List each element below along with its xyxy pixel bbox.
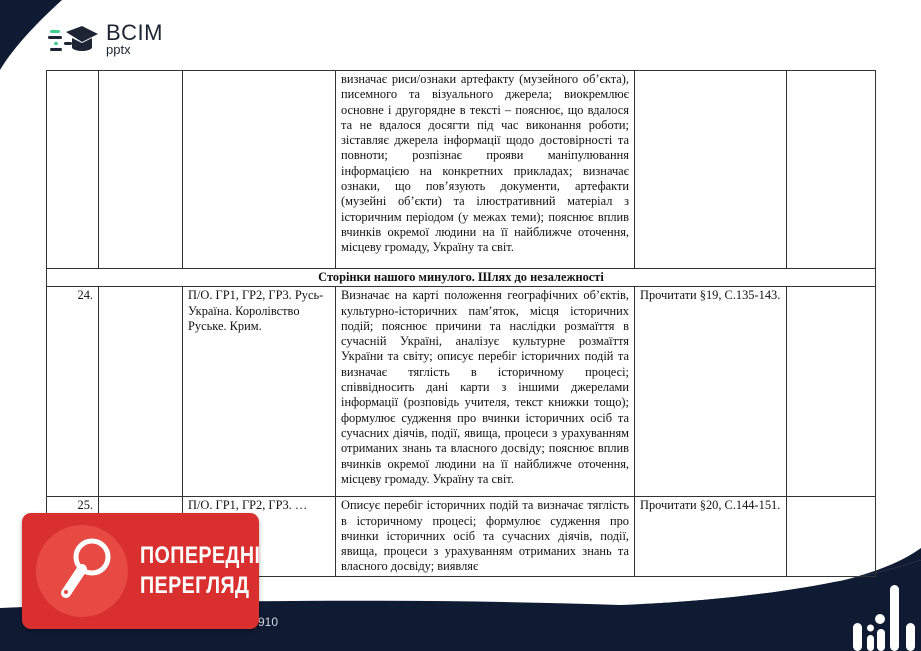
homework-cell — [635, 71, 787, 269]
lesson-number-cell — [47, 71, 99, 269]
site-logo[interactable]: BCIM pptx — [48, 22, 163, 56]
badge-line2: ПЕРЕГЛЯД — [140, 571, 275, 601]
badge-text: ПОПЕРЕДНІЙ ПЕРЕГЛЯД — [140, 541, 275, 601]
preview-badge[interactable]: ПОПЕРЕДНІЙ ПЕРЕГЛЯД — [22, 513, 259, 629]
homework-cell: Прочитати §19, С.135-143. — [635, 287, 787, 497]
date-cell — [99, 71, 183, 269]
date-cell — [99, 287, 183, 497]
section-title: Сторінки нашого минулого. Шлях до незале… — [47, 269, 876, 287]
table-row: визначає риси/ознаки артефакту (музейног… — [47, 71, 876, 269]
section-header-row: Сторінки нашого минулого. Шлях до незале… — [47, 269, 876, 287]
table-row: 24. П/О. ГР1, ГР2, ГР3. Русь-Україна. Ко… — [47, 287, 876, 497]
lesson-plan-table: визначає риси/ознаки артефакту (музейног… — [46, 70, 876, 577]
notes-cell — [787, 71, 876, 269]
homework-cell: Прочитати §20, С.144-151. — [635, 497, 787, 576]
outcomes-cell: визначає риси/ознаки артефакту (музейног… — [336, 71, 635, 269]
topic-cell — [183, 71, 336, 269]
graduation-cap-icon — [48, 22, 100, 56]
notes-cell — [787, 287, 876, 497]
badge-line1: ПОПЕРЕДНІЙ — [140, 541, 275, 571]
equalizer-bars-icon — [851, 585, 921, 651]
outcomes-cell: Визначає на карті положення географічних… — [336, 287, 635, 497]
magnifier-icon — [52, 535, 118, 607]
topic-cell: П/О. ГР1, ГР2, ГР3. Русь-Україна. Королі… — [183, 287, 336, 497]
logo-brand: BCIM — [106, 22, 163, 44]
notes-cell — [787, 497, 876, 576]
lesson-number-cell: 24. — [47, 287, 99, 497]
outcomes-cell: Описує перебіг історичних подій та визна… — [336, 497, 635, 576]
page-number: 910 — [258, 615, 278, 629]
